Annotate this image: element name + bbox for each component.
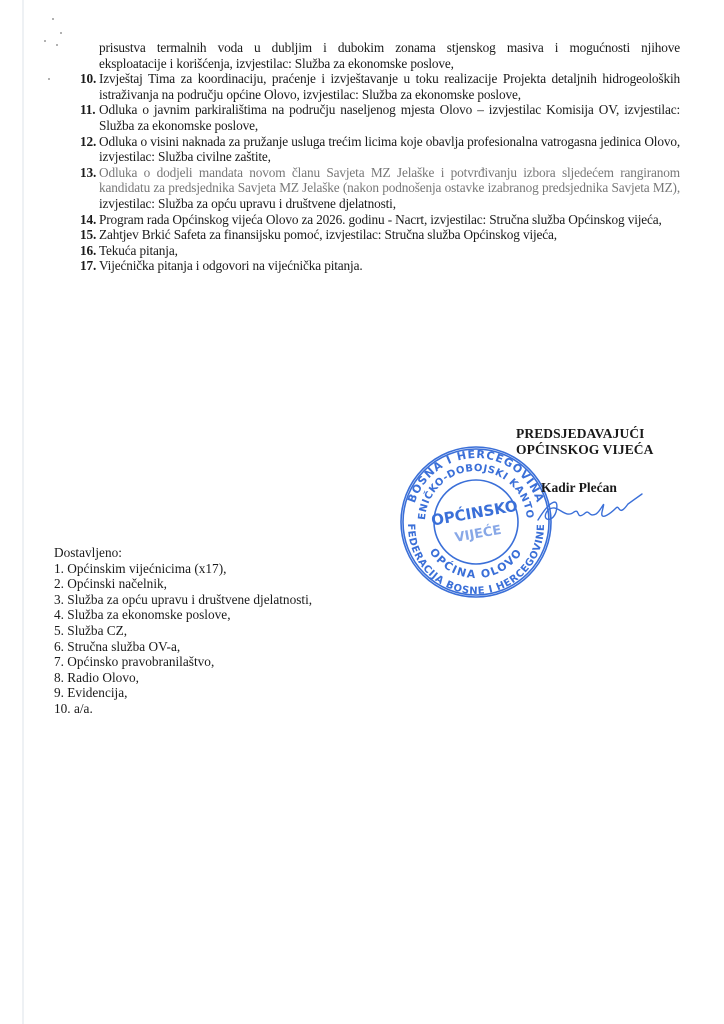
agenda-item-9-continuation: prisustva termalnih voda u dubljim i dub… <box>80 40 680 71</box>
agenda-item-text: Odluka o visini naknada za pružanje uslu… <box>99 134 680 165</box>
agenda-item-text: Tekuća pitanja, <box>99 243 680 259</box>
agenda-item-number: 11. <box>80 102 99 133</box>
agenda-item: 17. Vijećnička pitanja i odgovori na vij… <box>80 258 680 274</box>
agenda-item-number: 10. <box>80 71 99 102</box>
agenda-item: 12. Odluka o visini naknada za pružanje … <box>80 134 680 165</box>
scan-page-edge <box>22 0 24 1024</box>
distribution-item: 7. Općinsko pravobranilaštvo, <box>54 654 394 670</box>
handwritten-signature-icon <box>530 490 650 530</box>
agenda-item-number: 17. <box>80 258 99 274</box>
svg-text:OPĆINSKO: OPĆINSKO <box>430 496 519 530</box>
distribution-item: 4. Služba za ekonomske poslove, <box>54 607 394 623</box>
agenda-item-number: 14. <box>80 212 99 228</box>
svg-text:VIJEĆE: VIJEĆE <box>454 522 503 546</box>
distribution-item: 3. Služba za opću upravu i društvene dje… <box>54 592 394 608</box>
signature-block: PREDSJEDAVAJUĆI OPĆINSKOG VIJEĆA <box>516 426 686 458</box>
agenda-item-text: Odluka o javnim parkiralištima na područ… <box>99 102 680 133</box>
scan-specks <box>40 10 80 90</box>
distribution-item: 9. Evidencija, <box>54 685 394 701</box>
agenda-item: 10. Izvještaj Tima za koordinaciju, prać… <box>80 71 680 102</box>
agenda-list: prisustva termalnih voda u dubljim i dub… <box>80 40 680 274</box>
distribution-item: 10. a/a. <box>54 701 394 717</box>
agenda-item-text: Program rada Općinskog vijeća Olovo za 2… <box>99 212 680 228</box>
agenda-item-text: Vijećnička pitanja i odgovori na vijećni… <box>99 258 680 274</box>
distribution-item: 6. Stručna služba OV-a, <box>54 639 394 655</box>
agenda-item-number: 12. <box>80 134 99 165</box>
agenda-item-text: Zahtjev Brkić Safeta za finansijsku pomo… <box>99 227 680 243</box>
agenda-item: 14. Program rada Općinskog vijeća Olovo … <box>80 212 680 228</box>
agenda-item-text: Odluka o dodjeli mandata novom članu Sav… <box>99 165 680 212</box>
agenda-item-text: Izvještaj Tima za koordinaciju, praćenje… <box>99 71 680 102</box>
agenda-item-number: 13. <box>80 165 99 212</box>
signature-title: PREDSJEDAVAJUĆI <box>516 426 686 442</box>
agenda-item-number: 16. <box>80 243 99 259</box>
agenda-item-number: 15. <box>80 227 99 243</box>
agenda-item-faded-text: Odluka o dodjeli mandata novom članu Sav… <box>99 165 680 196</box>
signature-title: OPĆINSKOG VIJEĆA <box>516 442 686 458</box>
agenda-item: 16. Tekuća pitanja, <box>80 243 680 259</box>
distribution-heading: Dostavljeno: <box>54 545 394 561</box>
distribution-item: 1. Općinskim vijećnicima (x17), <box>54 561 394 577</box>
agenda-item: 13. Odluka o dodjeli mandata novom članu… <box>80 165 680 212</box>
distribution-item: 8. Radio Olovo, <box>54 670 394 686</box>
distribution-list: Dostavljeno: 1. Općinskim vijećnicima (x… <box>54 545 394 717</box>
agenda-item: 15. Zahtjev Brkić Safeta za finansijsku … <box>80 227 680 243</box>
agenda-item: 11. Odluka o javnim parkiralištima na po… <box>80 102 680 133</box>
distribution-item: 2. Općinski načelnik, <box>54 576 394 592</box>
distribution-item: 5. Služba CZ, <box>54 623 394 639</box>
